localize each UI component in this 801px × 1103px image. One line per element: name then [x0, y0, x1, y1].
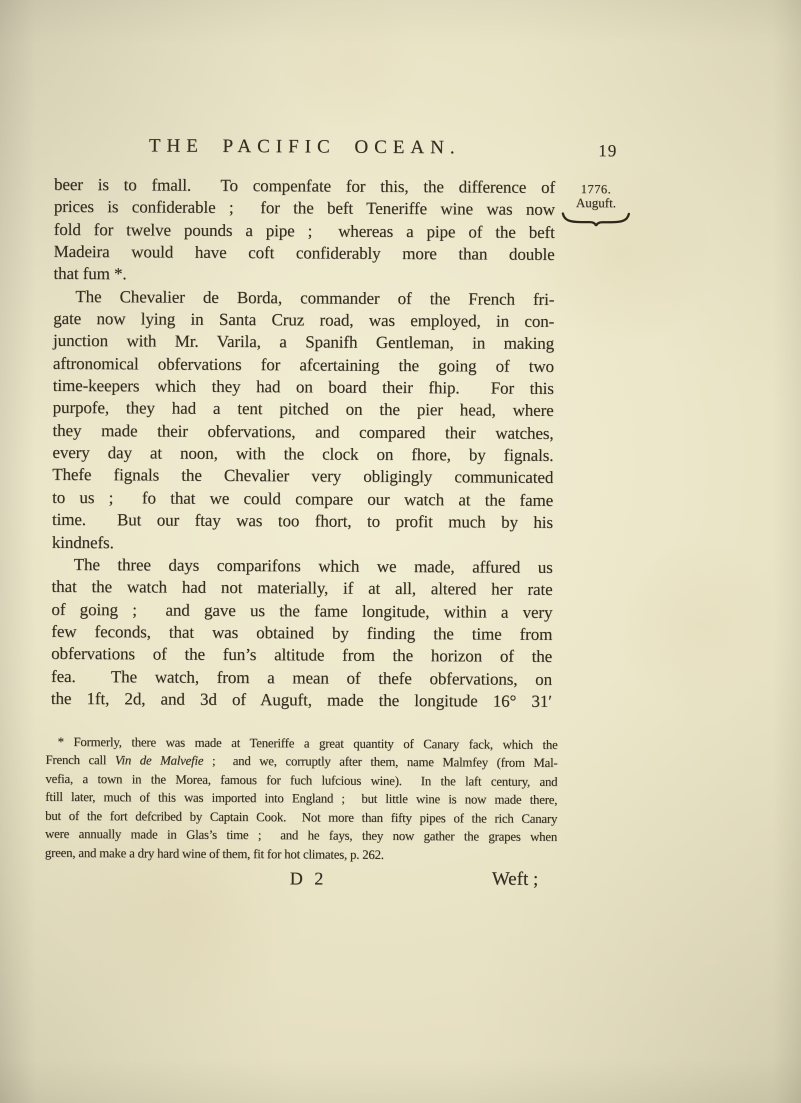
text-line: aftronomical obfervations for afcertaini… — [53, 353, 554, 378]
text-segment: gate now lying in Santa Cruz road, was e… — [53, 309, 554, 331]
body-text: beer is to fmall. To compenfate for this… — [51, 174, 555, 713]
text-segment: time. But our ftay was too fhort, to pro… — [52, 510, 553, 532]
text-line: fea. The watch, from a mean of thefe obf… — [51, 665, 552, 690]
text-segment: fold for twelve pounds a pipe ; whereas … — [54, 220, 555, 242]
page-content: THE PACIFIC OCEAN. 19 1776. Auguft. beer… — [0, 0, 801, 1103]
signature-mark: D 2 — [290, 868, 324, 889]
page-number: 19 — [598, 141, 617, 161]
text-segment: The three days comparifons which we made… — [74, 555, 553, 577]
text-segment: but of the fort defcribed by Captain Coo… — [45, 809, 557, 826]
text-segment: were annually made in Glas’s time ; and … — [45, 827, 557, 844]
text-segment: prices is confiderable ; for the beft Te… — [54, 197, 555, 219]
text-line: gate now lying in Santa Cruz road, was e… — [53, 308, 554, 333]
text-line: purpofe, they had a tent pitched on the … — [53, 397, 554, 422]
text-segment: Madeira would have coft confiderably mor… — [54, 242, 555, 264]
text-segment: The Chevalier de Borda, commander of the… — [75, 287, 554, 309]
text-line: to us ; fo that we could compare our wat… — [52, 487, 553, 512]
text-segment: time-keepers which they had on board the… — [53, 376, 554, 398]
text-line: that fum *. — [53, 263, 554, 288]
text-segment: ftill later, much of this was imported i… — [45, 790, 557, 807]
text-segment: that the watch had not materially, if at… — [52, 577, 553, 599]
text-line: beer is to fmall. To compenfate for this… — [54, 174, 555, 199]
text-segment: that fum *. — [53, 264, 126, 283]
text-segment: green, and make a dry hard wine of them,… — [45, 846, 384, 862]
text-line: prices is confiderable ; for the beft Te… — [54, 196, 555, 221]
running-header: THE PACIFIC OCEAN. — [54, 135, 555, 160]
text-segment: to us ; fo that we could compare our wat… — [52, 488, 553, 510]
italic-text-segment: Vin de Malvefie — [115, 754, 204, 769]
text-line: junction with Mr. Varila, a Spanifh Gent… — [53, 330, 554, 355]
text-line: obfervations of the fun’s altitude from … — [51, 643, 552, 668]
text-segment: Thefe fignals the Chevalier very obligin… — [52, 465, 553, 487]
text-line: the 1ft, 2d, and 3d of Auguft, made the … — [51, 688, 552, 713]
paragraph: The Chevalier de Borda, commander of the… — [52, 286, 555, 557]
text-line: every day at noon, with the clock on fho… — [52, 442, 553, 467]
text-segment: few feconds, that was obtained by findin… — [51, 622, 552, 644]
text-line: time-keepers which they had on board the… — [53, 375, 554, 400]
text-line: of going ; and gave us the fame longitud… — [51, 598, 552, 623]
text-segment: beer is to fmall. To compenfate for this… — [54, 175, 555, 197]
paragraph: beer is to fmall. To compenfate for this… — [53, 174, 555, 289]
margin-date-month: Auguft. — [559, 196, 633, 210]
text-segment: of going ; and gave us the fame longitud… — [51, 599, 552, 621]
text-segment: fea. The watch, from a mean of thefe obf… — [51, 666, 552, 688]
text-line: time. But our ftay was too fhort, to pro… — [52, 509, 553, 534]
text-segment: French call — [45, 753, 114, 767]
margin-date-note: 1776. Auguft. — [559, 182, 633, 226]
text-line: The Chevalier de Borda, commander of the… — [53, 286, 554, 311]
book-page-scan: THE PACIFIC OCEAN. 19 1776. Auguft. beer… — [0, 0, 801, 1103]
text-segment: junction with Mr. Varila, a Spanifh Gent… — [53, 331, 554, 353]
catchword: Weft ; — [492, 869, 539, 891]
text-segment: * Formerly, there was made at Teneriffe … — [58, 735, 558, 752]
paragraph: The three days comparifons which we made… — [51, 554, 553, 713]
text-segment: aftronomical obfervations for afcertaini… — [53, 354, 554, 376]
footnote-text: * Formerly, there was made at Teneriffe … — [45, 733, 558, 865]
text-line: green, and make a dry hard wine of them,… — [45, 844, 557, 866]
text-line: Madeira would have coft confiderably mor… — [54, 241, 555, 266]
text-segment: purpofe, they had a tent pitched on the … — [53, 398, 554, 420]
text-segment: obfervations of the fun’s altitude from … — [51, 644, 552, 666]
text-line: few feconds, that was obtained by findin… — [51, 621, 552, 646]
text-segment: they made their obfervations, and compar… — [52, 421, 553, 443]
text-segment: vefia, a town in the Morea, famous for f… — [45, 772, 557, 789]
text-line: that the watch had not materially, if at… — [52, 576, 553, 601]
text-segment: ; and we, corruptly after them, name Mal… — [203, 754, 557, 770]
text-segment: kindnefs. — [52, 532, 114, 551]
text-line: kindnefs. — [52, 531, 553, 556]
text-line: Thefe fignals the Chevalier very obligin… — [52, 464, 553, 489]
text-line: fold for twelve pounds a pipe ; whereas … — [54, 219, 555, 244]
text-line: they made their obfervations, and compar… — [52, 420, 553, 445]
text-segment: every day at noon, with the clock on fho… — [52, 443, 553, 465]
text-line: The three days comparifons which we made… — [52, 554, 553, 579]
text-segment: the 1ft, 2d, and 3d of Auguft, made the … — [51, 689, 552, 711]
underbrace-icon — [561, 211, 631, 226]
